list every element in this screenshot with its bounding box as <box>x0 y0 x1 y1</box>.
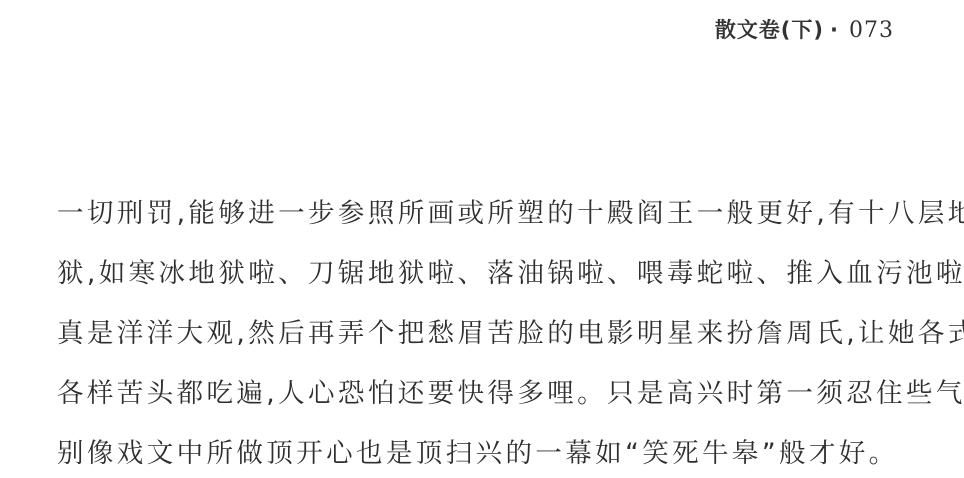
page-number: 073 <box>849 18 894 43</box>
text-line: 别像戏文中所做顶开心也是顶扫兴的一幕如“笑死牛皋”般才好。 <box>57 424 917 478</box>
header-separator: · <box>830 18 839 42</box>
text-line: 狱,如寒冰地狱啦、刀锯地狱啦、落油锅啦、喂毒蛇啦、推入血污池啦,—— <box>57 244 917 304</box>
text-line: 真是洋洋大观,然后再弄个把愁眉苦脸的电影明星来扮詹周氏,让她各式 <box>57 304 917 364</box>
text-line: 一切刑罚,能够进一步参照所画或所塑的十殿阎王一般更好,有十八层地 <box>57 184 917 244</box>
running-title: 散文卷(下) <box>715 18 824 42</box>
body-text: 一切刑罚,能够进一步参照所画或所塑的十殿阎王一般更好,有十八层地 狱,如寒冰地狱… <box>57 184 917 478</box>
page-header: 散文卷(下)·073 <box>715 14 894 44</box>
text-line: 各样苦头都吃遍,人心恐怕还要快得多哩。只是高兴时第一须忍住些气, <box>57 364 917 424</box>
